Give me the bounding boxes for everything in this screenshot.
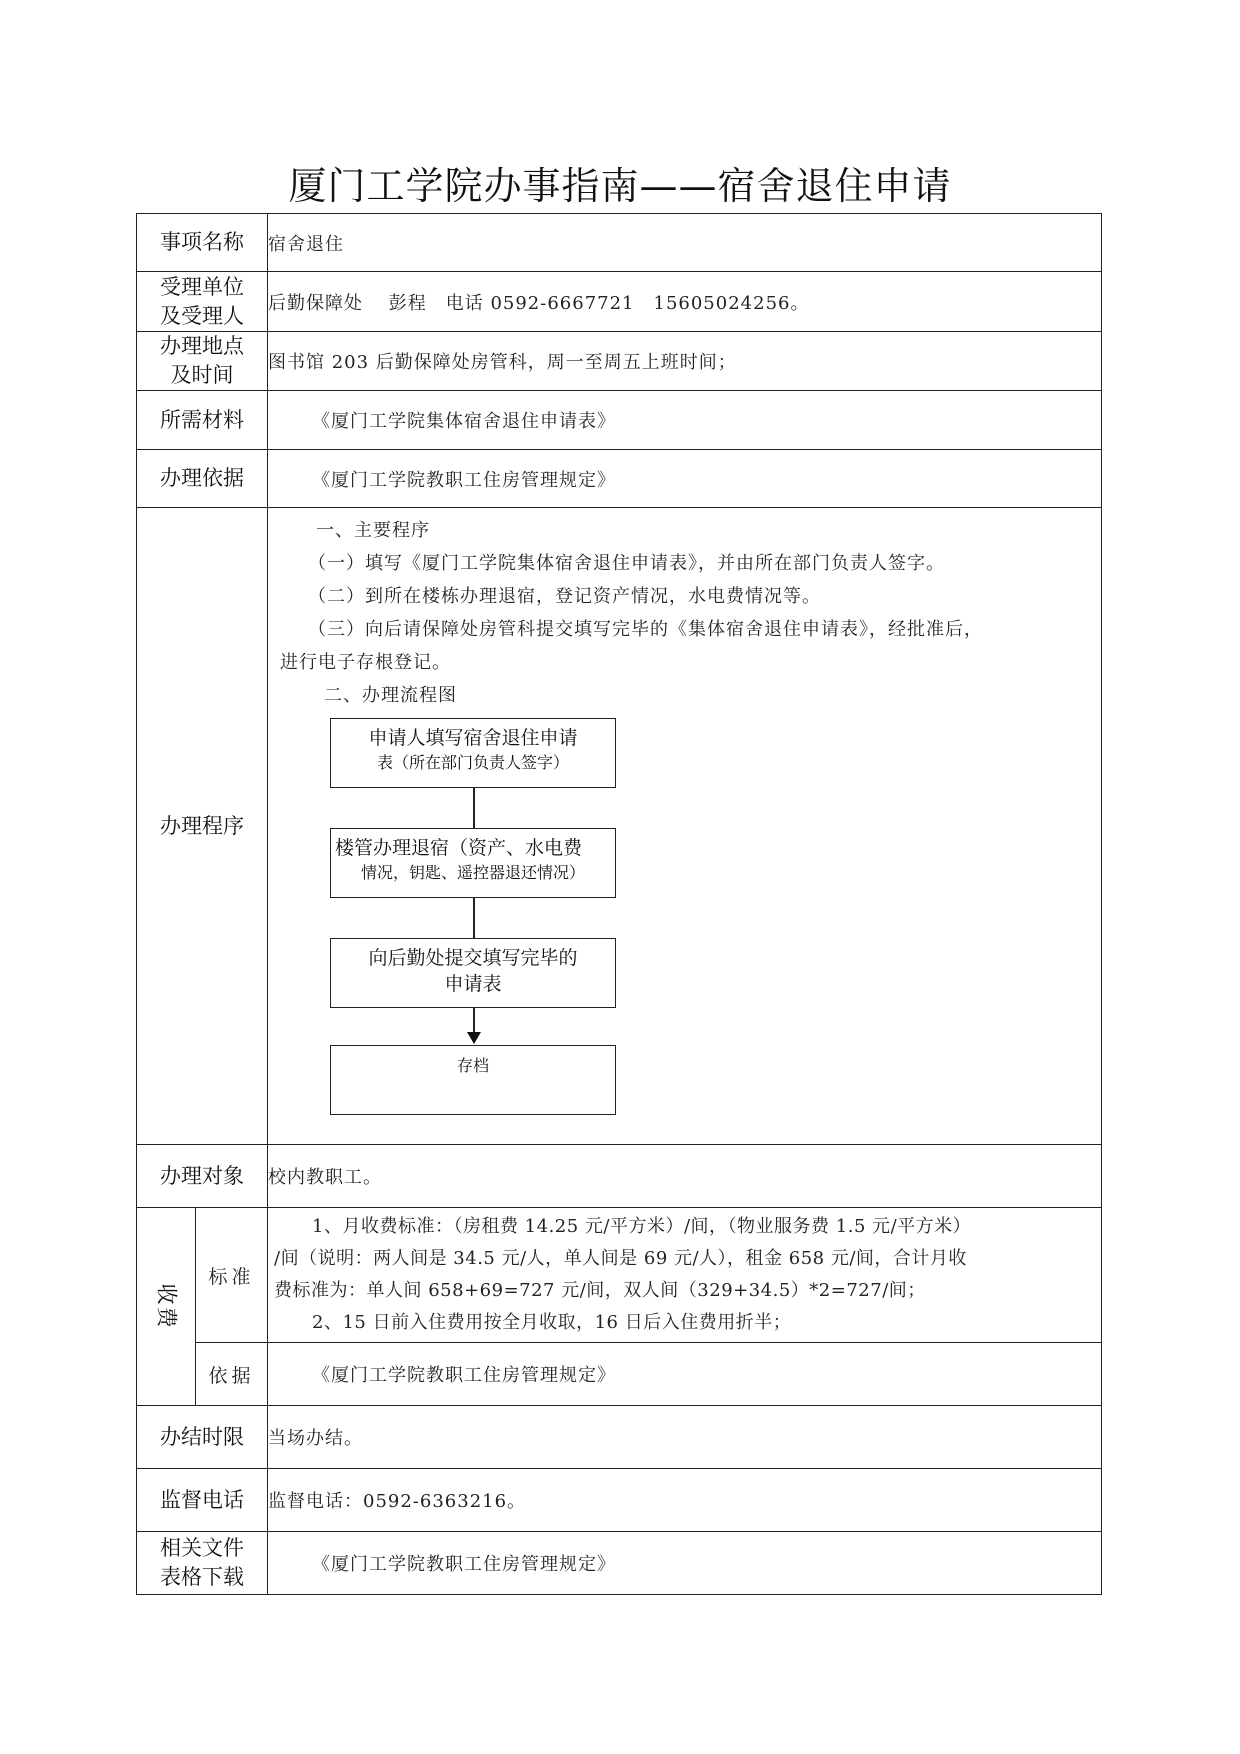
fee-standard-cell: 1、月收费标准：（房租费 14.25 元/平方米）/间，（物业服务费 1.5 元… xyxy=(268,1208,1102,1343)
arrow-down-icon xyxy=(467,1032,481,1044)
flow-step-submit-line1: 向后勤处提交填写完毕的 xyxy=(331,939,615,971)
handler-label-line2: 及受理人 xyxy=(137,302,267,331)
row-fee-basis: 依据 《厦门工学院教职工住房管理规定》 xyxy=(137,1343,1102,1406)
row-materials: 所需材料 《厦门工学院集体宿舍退住申请表》 xyxy=(137,391,1102,450)
procedure-step-3-continued: 进行电子存根登记。 xyxy=(268,646,1101,679)
row-documents: 相关文件 表格下载 《厦门工学院教职工住房管理规定》 xyxy=(137,1532,1102,1595)
handler-value: 后勤保障处 彭程 电话 0592-6667721 15605024256。 xyxy=(268,272,1102,332)
deadline-value: 当场办结。 xyxy=(268,1406,1102,1469)
procedure-step-1: （一）填写《厦门工学院集体宿舍退住申请表》，并由所在部门负责人签字。 xyxy=(268,547,1101,580)
fee-standard-line-2: /间（说明：两人间是 34.5 元/人，单人间是 69 元/人），租金 658 … xyxy=(268,1243,1101,1275)
procedure-text: 一、主要程序 （一）填写《厦门工学院集体宿舍退住申请表》，并由所在部门负责人签字… xyxy=(268,508,1101,1144)
basis-label: 办理依据 xyxy=(137,450,268,508)
location-label-line2: 及时间 xyxy=(137,361,267,390)
row-handler: 受理单位 及受理人 后勤保障处 彭程 电话 0592-6667721 15605… xyxy=(137,272,1102,332)
procedure-cell: 一、主要程序 （一）填写《厦门工学院集体宿舍退住申请表》，并由所在部门负责人签字… xyxy=(268,508,1102,1145)
flow-connector-1 xyxy=(473,788,475,828)
flow-step-checkout: 楼管办理退宿（资产、水电费 情况，钥匙、遥控器退还情况） xyxy=(330,828,616,898)
fees-label: 收费 xyxy=(137,1208,196,1406)
procedure-label: 办理程序 xyxy=(137,508,268,1145)
row-supervision: 监督电话 监督电话：0592-6363216。 xyxy=(137,1469,1102,1532)
row-basis: 办理依据 《厦门工学院教职工住房管理规定》 xyxy=(137,450,1102,508)
flow-step-submit-line2: 申请表 xyxy=(331,971,615,997)
row-location: 办理地点 及时间 图书馆 203 后勤保障处房管科，周一至周五上班时间； xyxy=(137,332,1102,391)
handler-label: 受理单位 及受理人 xyxy=(137,272,268,332)
flow-step-submit: 向后勤处提交填写完毕的 申请表 xyxy=(330,938,616,1008)
fee-standard-text: 1、月收费标准：（房租费 14.25 元/平方米）/间，（物业服务费 1.5 元… xyxy=(268,1211,1101,1339)
location-value: 图书馆 203 后勤保障处房管科，周一至周五上班时间； xyxy=(268,332,1102,391)
flow-step-apply: 申请人填写宿舍退住申请 表（所在部门负责人签字） xyxy=(330,718,616,788)
target-value: 校内教职工。 xyxy=(268,1145,1102,1208)
procedure-heading-flow: 二、办理流程图 xyxy=(268,679,1101,712)
fee-basis-value: 《厦门工学院教职工住房管理规定》 xyxy=(268,1343,1102,1406)
fee-standard-line-4: 2、15 日前入住费用按全月收取，16 日后入住费用折半； xyxy=(268,1307,1101,1339)
flow-step-checkout-line2: 情况，钥匙、遥控器退还情况） xyxy=(331,861,615,885)
fee-standard-line-1: 1、月收费标准：（房租费 14.25 元/平方米）/间，（物业服务费 1.5 元… xyxy=(268,1211,1101,1243)
basis-value: 《厦门工学院教职工住房管理规定》 xyxy=(268,450,1102,508)
procedure-heading-main: 一、主要程序 xyxy=(268,514,1101,547)
flow-connector-3 xyxy=(473,1008,475,1034)
documents-value[interactable]: 《厦门工学院教职工住房管理规定》 xyxy=(268,1532,1102,1595)
page-title: 厦门工学院办事指南——宿舍退住申请 xyxy=(0,155,1240,210)
flow-step-apply-line2: 表（所在部门负责人签字） xyxy=(331,751,615,775)
fee-standard-label: 标准 xyxy=(196,1208,268,1343)
deadline-label: 办结时限 xyxy=(137,1406,268,1469)
flow-step-checkout-line1: 楼管办理退宿（资产、水电费 xyxy=(331,829,615,861)
fee-standard-line-3: 费标准为：单人间 658+69=727 元/间，双人间（329+34.5）*2=… xyxy=(268,1275,1101,1307)
supervision-value: 监督电话：0592-6363216。 xyxy=(268,1469,1102,1532)
flow-step-archive-label: 存档 xyxy=(331,1046,615,1078)
location-label-line1: 办理地点 xyxy=(137,332,267,361)
handler-label-line1: 受理单位 xyxy=(137,273,267,302)
item-name-value: 宿舍退住 xyxy=(268,214,1102,272)
materials-value: 《厦门工学院集体宿舍退住申请表》 xyxy=(268,391,1102,450)
documents-label: 相关文件 表格下载 xyxy=(137,1532,268,1595)
row-item-name: 事项名称 宿舍退住 xyxy=(137,214,1102,272)
fees-label-text: 收费 xyxy=(152,1284,181,1330)
row-procedure: 办理程序 一、主要程序 （一）填写《厦门工学院集体宿舍退住申请表》，并由所在部门… xyxy=(137,508,1102,1145)
row-fee-standard: 收费 标准 1、月收费标准：（房租费 14.25 元/平方米）/间，（物业服务费… xyxy=(137,1208,1102,1343)
supervision-label: 监督电话 xyxy=(137,1469,268,1532)
materials-label: 所需材料 xyxy=(137,391,268,450)
flow-step-apply-line1: 申请人填写宿舍退住申请 xyxy=(331,719,615,751)
documents-label-line1: 相关文件 xyxy=(137,1534,267,1563)
procedure-step-2: （二）到所在楼栋办理退宿，登记资产情况，水电费情况等。 xyxy=(268,580,1101,613)
fee-basis-label: 依据 xyxy=(196,1343,268,1406)
guide-table: 事项名称 宿舍退住 受理单位 及受理人 后勤保障处 彭程 电话 0592-666… xyxy=(136,213,1102,1595)
flowchart: 申请人填写宿舍退住申请 表（所在部门负责人签字） 楼管办理退宿（资产、水电费 情… xyxy=(268,712,1101,1144)
flow-step-archive: 存档 xyxy=(330,1045,616,1115)
flow-connector-2 xyxy=(473,898,475,938)
procedure-step-3: （三）向后请保障处房管科提交填写完毕的《集体宿舍退住申请表》，经批准后， xyxy=(268,613,1101,646)
item-name-label: 事项名称 xyxy=(137,214,268,272)
documents-label-line2: 表格下载 xyxy=(137,1563,267,1592)
location-label: 办理地点 及时间 xyxy=(137,332,268,391)
target-label: 办理对象 xyxy=(137,1145,268,1208)
row-target: 办理对象 校内教职工。 xyxy=(137,1145,1102,1208)
row-deadline: 办结时限 当场办结。 xyxy=(137,1406,1102,1469)
